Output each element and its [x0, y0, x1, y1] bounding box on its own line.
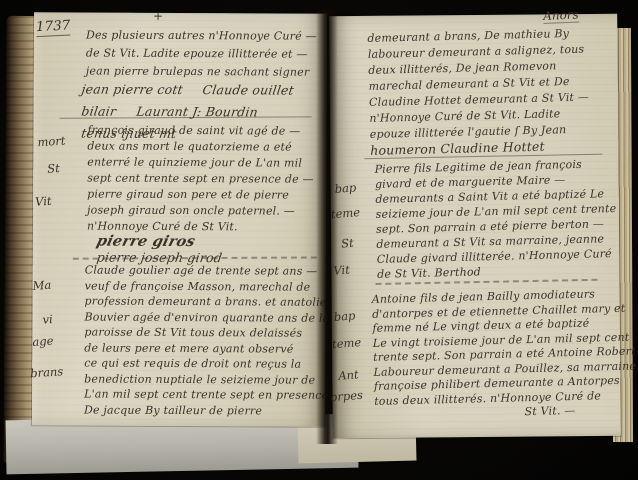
margin-note-mort: mort [37, 133, 66, 149]
manuscript-line: pierre giraud son pere et de pierre [87, 187, 327, 204]
manuscript-line: Bouvier agée d'environ quarante ans de l… [84, 309, 330, 326]
book-center-fold-shadow [316, 10, 338, 444]
manuscript-line: profession demeurant a brans. et anatoli… [85, 294, 331, 311]
manuscript-line: benediction nuptiale le seizieme jour de [84, 371, 330, 388]
manuscript-line: Laurant J: Bourdin [135, 101, 259, 123]
margin-note-brans: brans [30, 364, 64, 380]
manuscript-line: De jacque By tailleur de pierre [84, 402, 330, 419]
right-page: Anors bap teme St Vit bap teme Ant -orpe… [329, 14, 621, 438]
manuscript-line: jean pierre cott [80, 78, 184, 100]
margin-note-vit: Vit [35, 194, 52, 209]
margin-note-st: St [341, 236, 355, 251]
margin-note-ant: Ant [338, 367, 359, 383]
manuscript-line: joseph giraud son oncle paternel. — [87, 203, 327, 220]
manuscript-line: Claude ouillet [201, 79, 295, 100]
manuscript-line: ce qui est requis de droit ont reçus la [84, 356, 330, 373]
margin-note-age: age [32, 334, 54, 349]
year-label: 1737 [36, 18, 71, 38]
record-marriage-conclusion: Des plusieurs autres n'Honnoye Curé —de … [86, 27, 328, 82]
ink-cross-mark: + [153, 9, 163, 23]
manuscript-line: de St Vit. Ladite epouze illitterée et — [86, 45, 328, 64]
manuscript-line: veuf de françoise Masson, marechal de [85, 278, 331, 295]
left-page: 1737 + mort St Vit Ma vi age brans Des p… [32, 12, 327, 427]
manuscript-line: L'an mil sept cent trente sept en presen… [84, 387, 330, 404]
record-baptism-pierre-givard: Pierre fils Legitime de jean françoisgiv… [374, 156, 615, 282]
manuscript-line: françois giraud de saint vit agé de — [87, 123, 327, 140]
record-burial-giraud: françois giraud de saint vit agé de —deu… [87, 123, 328, 236]
corner-annotation: Anors [543, 7, 579, 24]
manuscript-line: sept cent trente sept en presence de — [87, 171, 327, 188]
manuscript-line: Des plusieurs autres n'Honnoye Curé — [86, 27, 328, 46]
manuscript-line: enterré le quinzieme jour de L'an mil [87, 155, 327, 172]
margin-note-vi: vi [42, 312, 53, 327]
signatures-row: pierre girospierre joseph girod [97, 233, 333, 266]
manuscript-line: Claude goulier agé de trente sept ans — [85, 263, 331, 280]
manuscript-line: paroisse de St Vit tous deux delaissés [84, 325, 330, 342]
manuscript-line: deux ans mort le quatorzieme a eté [87, 139, 327, 156]
record-marriage-goulier-bouvier: Claude goulier agé de trente sept ans —v… [84, 263, 331, 419]
margin-note-st: St [47, 161, 60, 176]
manuscript-line: de leurs pere et mere ayant observé [84, 340, 330, 357]
margin-note-ma: Ma [32, 278, 52, 293]
manuscript-register-photo: 1737 + mort St Vit Ma vi age brans Des p… [0, 0, 638, 480]
record-baptism-antoine-bailly: Antoine fils de jean Bailly amodiateursd… [372, 287, 623, 424]
record-marriage-continuation: demeurant a brans, De mathieu Bylaboureu… [367, 25, 612, 159]
manuscript-line: pierre giros [95, 233, 197, 250]
